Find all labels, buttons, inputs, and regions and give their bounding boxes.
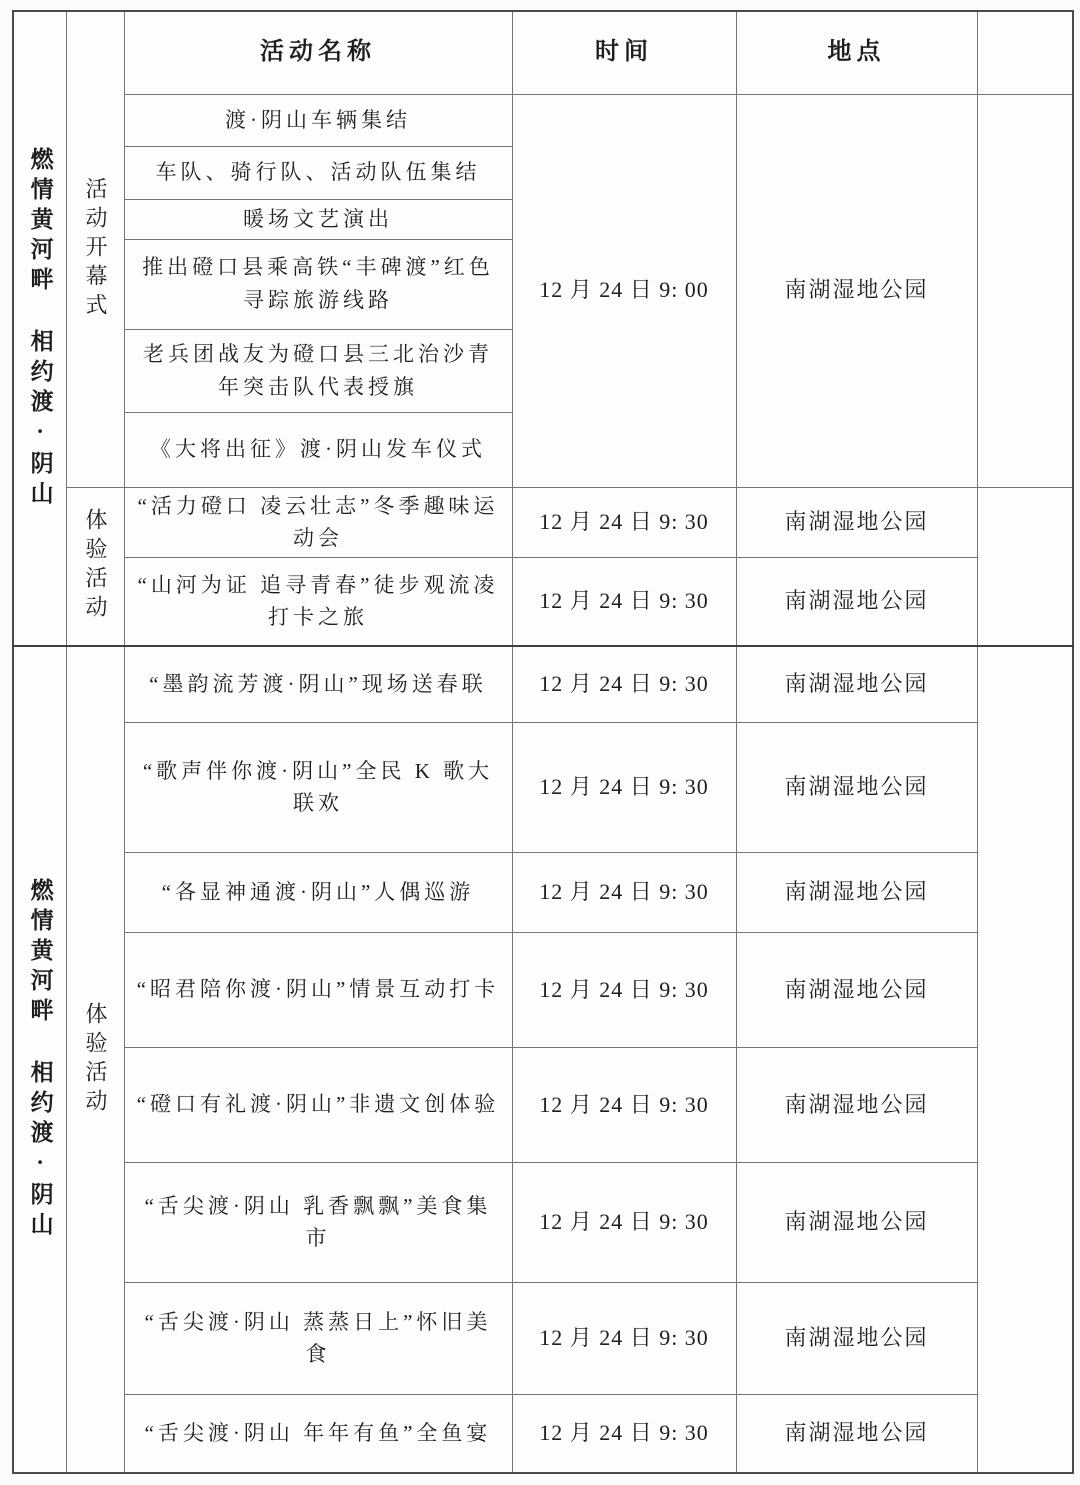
- extra-cell: [977, 646, 1073, 1473]
- time-cell: 12 月 24 日 9: 30: [512, 852, 736, 932]
- time-cell: 12 月 24 日 9: 30: [512, 1394, 736, 1473]
- time-cell: 12 月 24 日 9: 30: [512, 722, 736, 852]
- header-time: 时间: [512, 11, 736, 94]
- activity-cell: “舌尖渡·阴山 年年有鱼”全鱼宴: [124, 1394, 512, 1473]
- activity-cell: “歌声伴你渡·阴山”全民 K 歌大联欢: [124, 722, 512, 852]
- location-cell: 南湖湿地公园: [736, 932, 977, 1047]
- category-cell: 体验活动: [66, 646, 124, 1473]
- activity-cell: 暖场文艺演出: [124, 199, 512, 239]
- category-cell: 活动开幕式: [66, 11, 124, 487]
- activity-cell: 推出磴口县乘高铁“丰碑渡”红色寻踪旅游线路: [124, 239, 512, 329]
- activity-cell: “活力磴口 凌云壮志”冬季趣味运动会: [124, 487, 512, 557]
- category-cell: 体验活动: [66, 487, 124, 646]
- location-cell: 南湖湿地公园: [736, 94, 977, 487]
- time-cell: 12 月 24 日 9: 30: [512, 1047, 736, 1162]
- location-cell: 南湖湿地公园: [736, 852, 977, 932]
- location-cell: 南湖湿地公园: [736, 557, 977, 646]
- section-label-cell: 燃情黄河畔 相约渡·阴山: [13, 11, 66, 646]
- activity-cell: “各显神通渡·阴山”人偶巡游: [124, 852, 512, 932]
- section-label-cell: 燃情黄河畔 相约渡·阴山: [13, 646, 66, 1473]
- activity-cell: 老兵团战友为磴口县三北治沙青年突击队代表授旗: [124, 329, 512, 412]
- location-cell: 南湖湿地公园: [736, 1394, 977, 1473]
- location-cell: 南湖湿地公园: [736, 1047, 977, 1162]
- location-cell: 南湖湿地公园: [736, 1162, 977, 1282]
- time-cell: 12 月 24 日 9: 30: [512, 487, 736, 557]
- header-activity: 活动名称: [124, 11, 512, 94]
- activity-cell: “昭君陪你渡·阴山”情景互动打卡: [124, 932, 512, 1047]
- time-cell: 12 月 24 日 9: 30: [512, 932, 736, 1047]
- time-cell: 12 月 24 日 9: 30: [512, 646, 736, 722]
- header-location: 地点: [736, 11, 977, 94]
- header-extra: [977, 11, 1073, 94]
- activity-cell: “舌尖渡·阴山 乳香飘飘”美食集市: [124, 1162, 512, 1282]
- location-cell: 南湖湿地公园: [736, 646, 977, 722]
- location-cell: 南湖湿地公园: [736, 487, 977, 557]
- activity-cell: 渡·阴山车辆集结: [124, 94, 512, 146]
- activity-cell: 《大将出征》渡·阴山发车仪式: [124, 412, 512, 487]
- extra-cell: [977, 487, 1073, 646]
- time-cell: 12 月 24 日 9: 30: [512, 1162, 736, 1282]
- extra-cell: [977, 94, 1073, 487]
- activity-cell: “磴口有礼渡·阴山”非遗文创体验: [124, 1047, 512, 1162]
- activity-cell: “山河为证 追寻青春”徒步观流凌打卡之旅: [124, 557, 512, 646]
- time-cell: 12 月 24 日 9: 00: [512, 94, 736, 487]
- event-schedule-table: 燃情黄河畔 相约渡·阴山 活动开幕式 活动名称 时间 地点 渡·阴山车辆集结 1…: [12, 10, 1074, 1474]
- location-cell: 南湖湿地公园: [736, 1282, 977, 1394]
- activity-cell: 车队、骑行队、活动队伍集结: [124, 146, 512, 199]
- activity-cell: “墨韵流芳渡·阴山”现场送春联: [124, 646, 512, 722]
- activity-cell: “舌尖渡·阴山 蒸蒸日上”怀旧美食: [124, 1282, 512, 1394]
- time-cell: 12 月 24 日 9: 30: [512, 1282, 736, 1394]
- location-cell: 南湖湿地公园: [736, 722, 977, 852]
- time-cell: 12 月 24 日 9: 30: [512, 557, 736, 646]
